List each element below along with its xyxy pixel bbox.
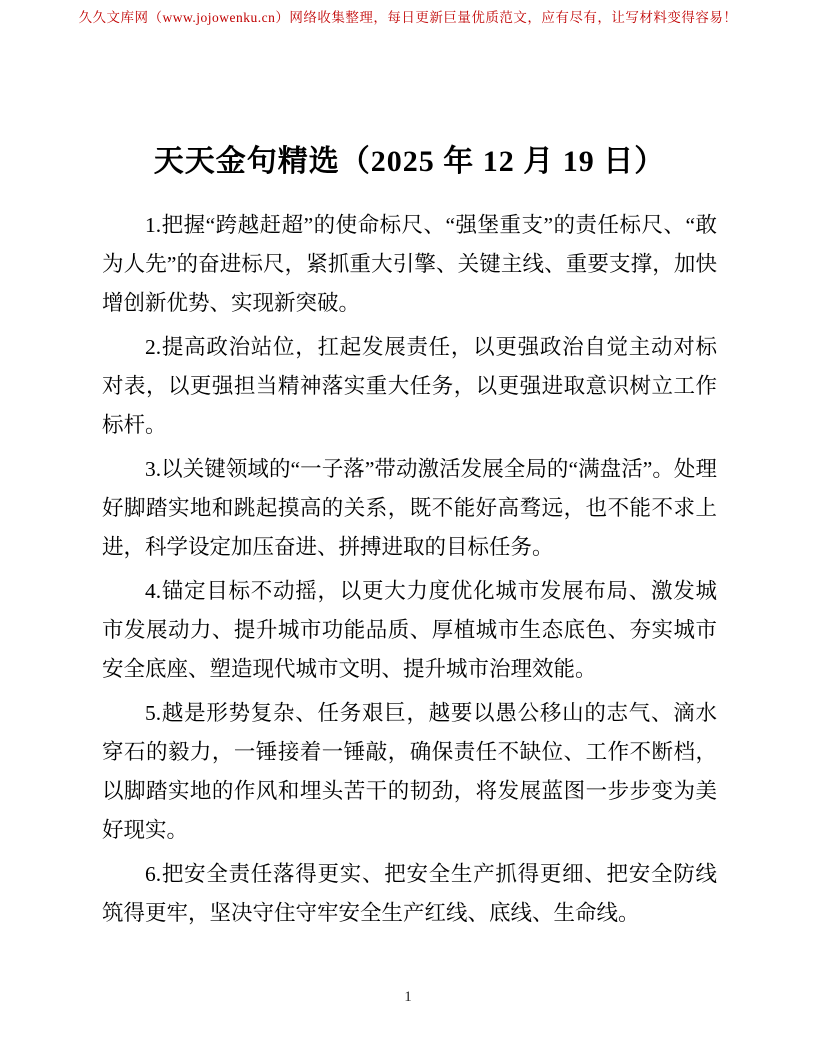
page-number: 1 — [0, 989, 816, 1006]
body-paragraph-3: 3.以关键领域的“一子落”带动激活发展全局的“满盘活”。处理好脚踏实地和跳起摸高… — [102, 450, 717, 567]
body-paragraph-2: 2.提高政治站位，扛起发展责任，以更强政治自觉主动对标对表，以更强担当精神落实重… — [102, 328, 717, 445]
body-paragraph-4: 4.锚定目标不动摇，以更大力度优化城市发展布局、激发城市发展动力、提升城市功能品… — [102, 572, 717, 689]
page-title: 天天金句精选（2025 年 12 月 19 日） — [102, 140, 717, 184]
body-paragraph-1: 1.把握“跨越赶超”的使命标尺、“强堡重支”的责任标尺、“敢为人先”的奋进标尺，… — [102, 206, 717, 323]
document-page: 久久文库网（www.jojowenku.cn）网络收集整理，每日更新巨量优质范文… — [0, 0, 816, 1056]
body-paragraph-5: 5.越是形势复杂、任务艰巨，越要以愚公移山的志气、滴水穿石的毅力，一锤接着一锤敲… — [102, 694, 717, 850]
body-paragraph-6: 6.把安全责任落得更实、把安全生产抓得更细、把安全防线筑得更牢，坚决守住守牢安全… — [102, 855, 717, 933]
document-body: 天天金句精选（2025 年 12 月 19 日） 1.把握“跨越赶超”的使命标尺… — [0, 0, 816, 938]
